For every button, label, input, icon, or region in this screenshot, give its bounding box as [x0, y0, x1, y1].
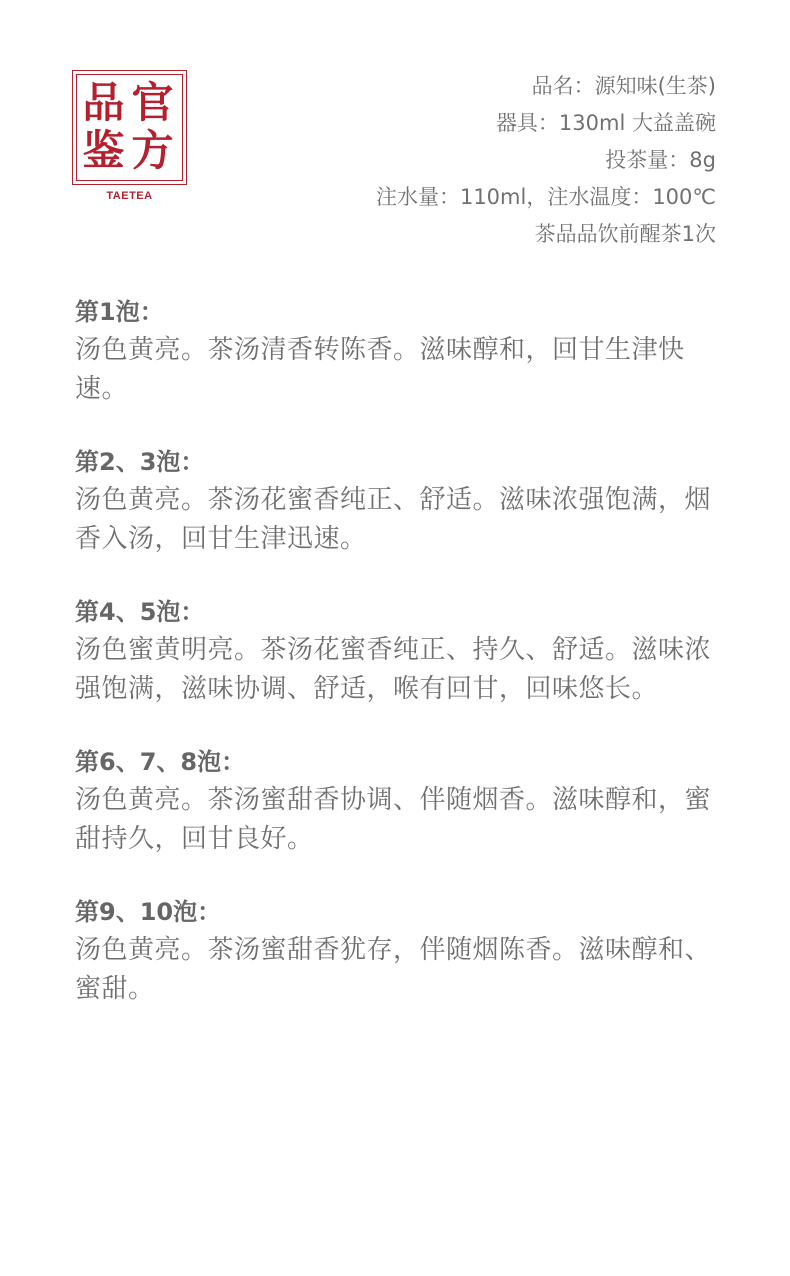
section-title: 第9、10泡：	[75, 893, 720, 931]
info-water: 注水量：110ml，注水温度：100℃	[376, 179, 716, 216]
section-title: 第6、7、8泡：	[75, 743, 720, 781]
logo-char: 方	[128, 127, 177, 175]
info-vessel: 器具：130ml 大益盖碗	[376, 105, 716, 142]
section-body: 汤色黄亮。茶汤清香转陈香。滋味醇和，回甘生津快速。	[75, 331, 720, 409]
logo-char-grid: 品 官 鉴 方	[79, 79, 177, 175]
infusion-section: 第1泡： 汤色黄亮。茶汤清香转陈香。滋味醇和，回甘生津快速。	[75, 293, 720, 409]
section-body: 汤色黄亮。茶汤花蜜香纯正、舒适。滋味浓强饱满，烟香入汤，回甘生津迅速。	[75, 481, 720, 559]
tea-info-block: 品名：源知味(生茶) 器具：130ml 大益盖碗 投茶量：8g 注水量：110m…	[376, 68, 716, 253]
tasting-notes: 第1泡： 汤色黄亮。茶汤清香转陈香。滋味醇和，回甘生津快速。 第2、3泡： 汤色…	[75, 293, 720, 1043]
info-product-name: 品名：源知味(生茶)	[376, 68, 716, 105]
section-body: 汤色蜜黄明亮。茶汤花蜜香纯正、持久、舒适。滋味浓强饱满，滋味协调、舒适，喉有回甘…	[75, 631, 720, 709]
infusion-section: 第6、7、8泡： 汤色黄亮。茶汤蜜甜香协调、伴随烟香。滋味醇和，蜜甜持久，回甘良…	[75, 743, 720, 859]
logo-char: 官	[128, 79, 177, 127]
info-awaken-note: 茶品品饮前醒茶1次	[376, 216, 716, 253]
brand-logo: 品 官 鉴 方	[72, 70, 187, 185]
header: 品 官 鉴 方 TAETEA 品名：源知味(生茶) 器具：130ml 大益盖碗 …	[0, 0, 790, 270]
section-body: 汤色黄亮。茶汤蜜甜香犹存，伴随烟陈香。滋味醇和、蜜甜。	[75, 931, 720, 1009]
infusion-section: 第9、10泡： 汤色黄亮。茶汤蜜甜香犹存，伴随烟陈香。滋味醇和、蜜甜。	[75, 893, 720, 1009]
logo-subtitle: TAETEA	[72, 190, 187, 202]
section-title: 第4、5泡：	[75, 593, 720, 631]
infusion-section: 第2、3泡： 汤色黄亮。茶汤花蜜香纯正、舒适。滋味浓强饱满，烟香入汤，回甘生津迅…	[75, 443, 720, 559]
section-title: 第2、3泡：	[75, 443, 720, 481]
infusion-section: 第4、5泡： 汤色蜜黄明亮。茶汤花蜜香纯正、持久、舒适。滋味浓强饱满，滋味协调、…	[75, 593, 720, 709]
section-title: 第1泡：	[75, 293, 720, 331]
logo-char: 鉴	[79, 127, 128, 175]
section-body: 汤色黄亮。茶汤蜜甜香协调、伴随烟香。滋味醇和，蜜甜持久，回甘良好。	[75, 781, 720, 859]
logo-char: 品	[79, 79, 128, 127]
info-tea-amount: 投茶量：8g	[376, 142, 716, 179]
